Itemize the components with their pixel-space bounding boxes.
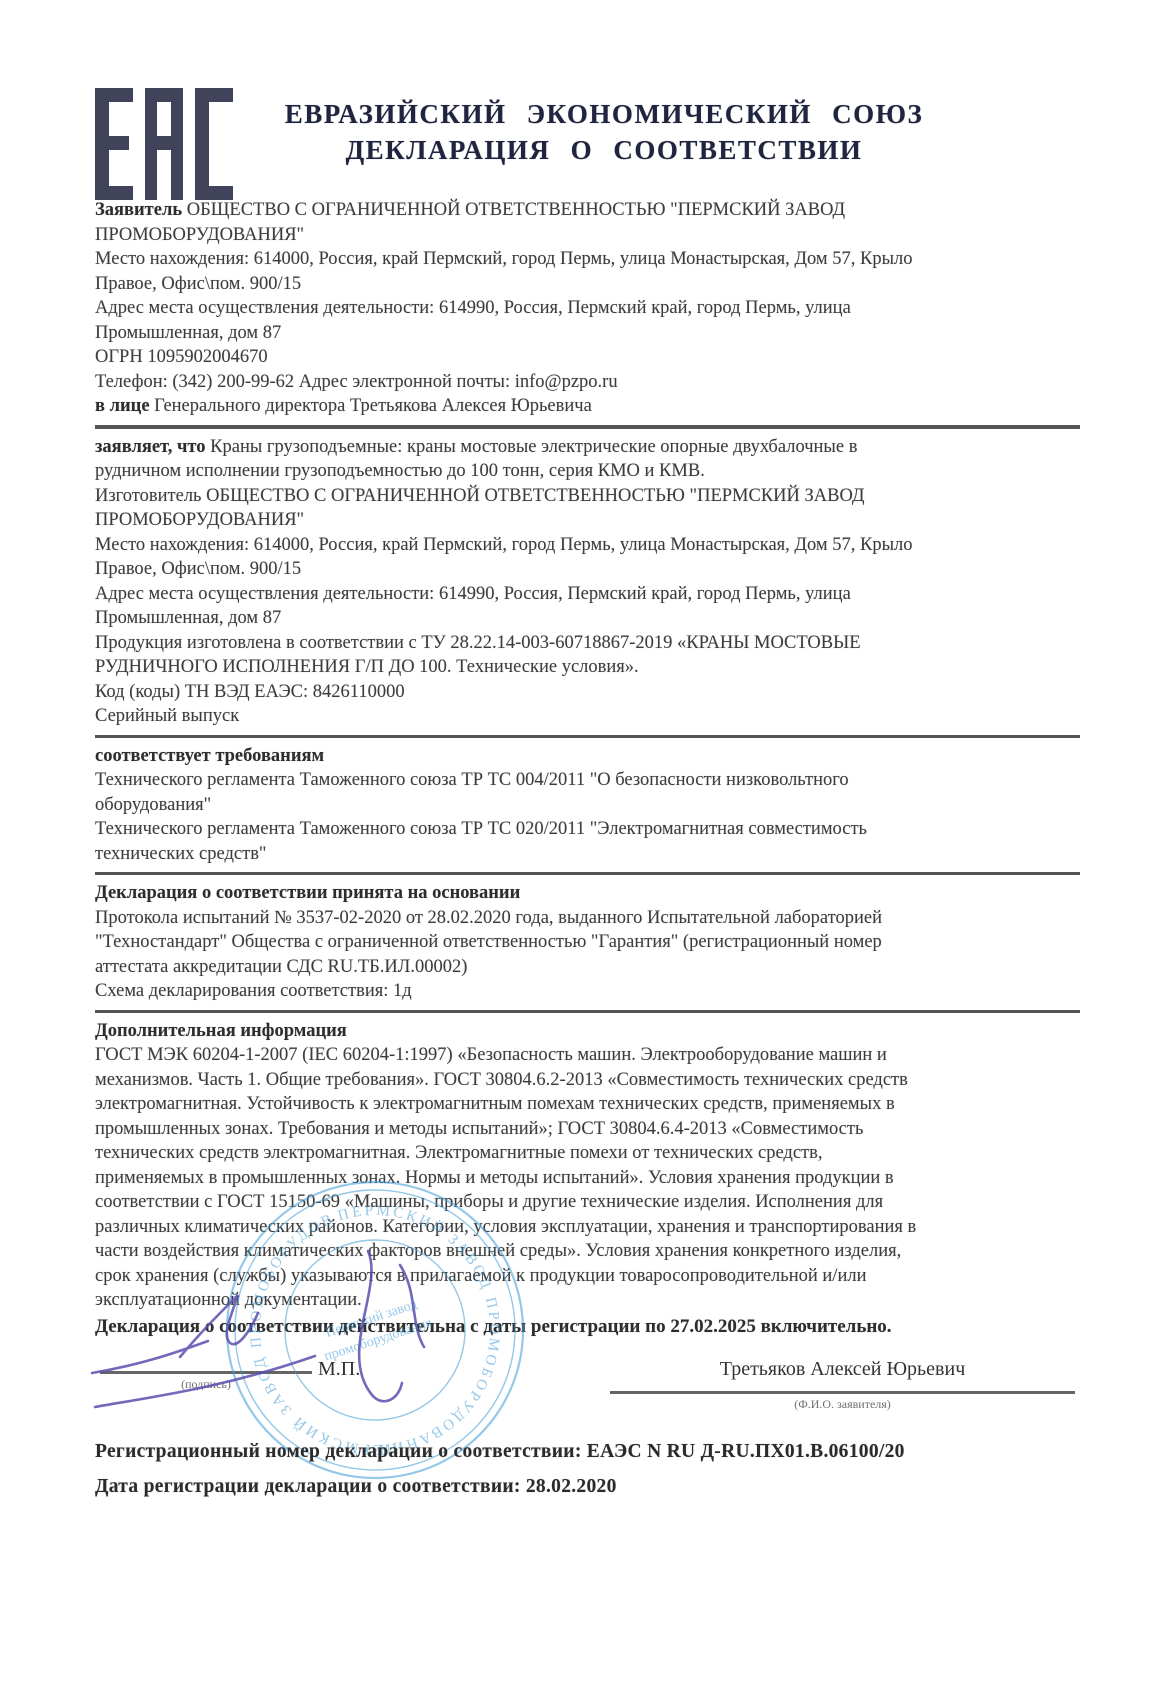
section-divider [95, 735, 1080, 738]
represented-by-label: в лице [95, 396, 150, 416]
product-declaration: заявляет, что Краны грузоподъемные: кран… [95, 435, 1080, 484]
declaration-document: ЕВРАЗИЙСКИЙ ЭКОНОМИЧЕСКИЙ СОЮЗ ДЕКЛАРАЦИ… [0, 0, 1160, 1683]
applicant-activity-address: Адрес места осуществления деятельности: … [95, 296, 1080, 345]
registration-date-line: Дата регистрации декларации о соответств… [95, 1476, 1095, 1498]
seal-place-label: М.П. [318, 1358, 360, 1381]
title-union: ЕВРАЗИЙСКИЙ ЭКОНОМИЧЕСКИЙ СОЮЗ [48, 96, 1160, 132]
section-divider [95, 1010, 1080, 1013]
signature-line [100, 1371, 312, 1374]
compliance-item: Технического регламента Таможенного союз… [95, 768, 1080, 817]
tu-line: Продукция изготовлена в соответствии с Т… [95, 631, 1080, 680]
additional-info-text: ГОСТ МЭК 60204-1-2007 (IEC 60204-1:1997)… [95, 1043, 1080, 1313]
manufacturer-activity-address: Адрес места осуществления деятельности: … [95, 582, 1080, 631]
declaration-scheme-line: Схема декларирования соответствия: 1д [95, 979, 1080, 1004]
applicant-contacts: Телефон: (342) 200-99-62 Адрес электронн… [95, 370, 1080, 395]
applicant-location: Место нахождения: 614000, Россия, край П… [95, 247, 1080, 296]
section-divider [95, 872, 1080, 875]
signatory-name: Третьяков Алексей Юрьевич [610, 1358, 1075, 1381]
validity-statement: Декларация о соответствии действительна … [95, 1316, 1080, 1338]
title-declaration: ДЕКЛАРАЦИЯ О СООТВЕТСТВИИ [48, 132, 1160, 168]
declares-label: заявляет, что [95, 437, 206, 457]
tnved-code-line: Код (коды) ТН ВЭД ЕАЭС: 8426110000 [95, 680, 1080, 705]
section-divider [95, 425, 1080, 429]
document-body: Заявитель ОБЩЕСТВО С ОГРАНИЧЕННОЙ ОТВЕТС… [95, 198, 1080, 1313]
name-caption: (Ф.И.О. заявителя) [610, 1397, 1075, 1412]
test-protocol-line: Протокола испытаний № 3537-02-2020 от 28… [95, 906, 1080, 980]
additional-info-heading: Дополнительная информация [95, 1019, 1080, 1044]
applicant-ogrn: ОГРН 1095902004670 [95, 345, 1080, 370]
applicant-representative: в лице Генерального директора Третьякова… [95, 394, 1080, 419]
signature-caption: (подпись) [100, 1377, 312, 1392]
registration-number-line: Регистрационный номер декларации о соотв… [95, 1441, 1095, 1463]
manufacturer-line: Изготовитель ОБЩЕСТВО С ОГРАНИЧЕННОЙ ОТВ… [95, 484, 1080, 533]
compliance-heading: соответствует требованиям [95, 744, 1080, 769]
document-title: ЕВРАЗИЙСКИЙ ЭКОНОМИЧЕСКИЙ СОЮЗ ДЕКЛАРАЦИ… [0, 96, 1160, 168]
compliance-item: Технического регламента Таможенного союз… [95, 817, 1080, 866]
manufacturer-location: Место нахождения: 614000, Россия, край П… [95, 533, 1080, 582]
applicant-line: Заявитель ОБЩЕСТВО С ОГРАНИЧЕННОЙ ОТВЕТС… [95, 198, 1080, 247]
applicant-label: Заявитель [95, 200, 182, 220]
name-line [610, 1391, 1075, 1394]
serial-release-line: Серийный выпуск [95, 704, 1080, 729]
basis-heading: Декларация о соответствии принята на осн… [95, 881, 1080, 906]
